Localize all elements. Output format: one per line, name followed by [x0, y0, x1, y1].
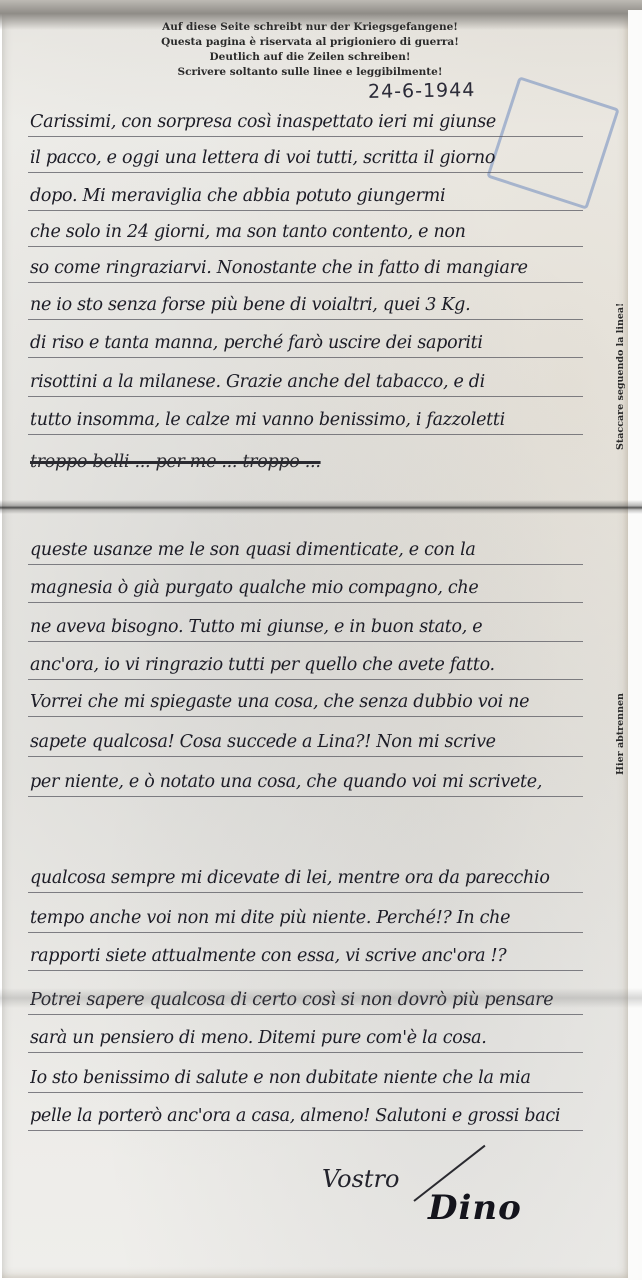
margin-note-abtrennen: Hier abtrennen [615, 693, 626, 775]
handwritten-line: magnesia ò già purgato qualche mio compa… [30, 578, 595, 598]
signature: Dino [428, 1188, 522, 1228]
header-line-german-2: Deutlich auf die Zeilen schreiben! [130, 50, 490, 65]
handwritten-line: di riso e tanta manna, perché farò uscir… [30, 333, 595, 353]
page-margin [628, 10, 642, 1280]
ruled-line [28, 246, 583, 247]
handwritten-line: Vorrei che mi spiegaste una cosa, che se… [30, 692, 595, 712]
handwritten-line: che solo in 24 giorni, ma son tanto cont… [30, 222, 595, 242]
ruled-line [28, 564, 583, 565]
handwritten-line: qualcosa sempre mi dicevate di lei, ment… [30, 868, 595, 888]
ruled-line [28, 434, 583, 435]
handwritten-line: per niente, e ò notato una cosa, che qua… [30, 772, 595, 792]
ruled-line [28, 641, 583, 642]
handwritten-line: sarà un pensiero di meno. Ditemi pure co… [30, 1028, 595, 1048]
ruled-line [28, 1052, 583, 1053]
paper-fold-lower [0, 988, 642, 1008]
ruled-line [28, 396, 583, 397]
handwritten-line: so come ringraziarvi. Nonostante che in … [30, 258, 595, 278]
ruled-line [28, 210, 583, 211]
handwritten-line: Carissimi, con sorpresa così inaspettato… [30, 112, 595, 132]
paper-fold-upper [0, 500, 642, 514]
ruled-line [28, 796, 583, 797]
ruled-line [28, 1014, 583, 1015]
handwritten-line: tempo anche voi non mi dite più niente. … [30, 908, 595, 928]
handwritten-line: il pacco, e oggi una lettera di voi tutt… [30, 148, 595, 168]
ruled-line [28, 319, 583, 320]
printed-header: Auf diese Seite schreibt nur der Kriegsg… [130, 20, 490, 80]
ruled-line [28, 357, 583, 358]
header-line-german-1: Auf diese Seite schreibt nur der Kriegsg… [130, 20, 490, 35]
ruled-line [28, 282, 583, 283]
ruled-line [28, 932, 583, 933]
handwritten-line: ne aveva bisogno. Tutto mi giunse, e in … [30, 617, 595, 637]
handwritten-line: dopo. Mi meraviglia che abbia potuto giu… [30, 186, 595, 206]
ruled-line [28, 679, 583, 680]
closing-word: Vostro [322, 1165, 399, 1193]
ruled-line [28, 136, 583, 137]
handwritten-line: queste usanze me le son quasi dimenticat… [30, 540, 595, 560]
header-line-italian-2: Scrivere soltanto sulle linee e leggibil… [130, 65, 490, 80]
ruled-line [28, 756, 583, 757]
margin-note-staccare: Staccare seguendo la linea! [615, 303, 626, 450]
ruled-line [28, 172, 583, 173]
letter-date: 24-6-1944 [368, 79, 476, 103]
header-line-italian-1: Questa pagina è riservata al prigioniero… [130, 35, 490, 50]
handwritten-line: sapete qualcosa! Cosa succede a Lina?! N… [30, 732, 595, 752]
handwritten-line: pelle la porterò anc'ora a casa, almeno!… [30, 1106, 595, 1126]
handwritten-line: tutto insomma, le calze mi vanno benissi… [30, 410, 595, 430]
ruled-line [28, 1092, 583, 1093]
handwritten-line: risottini a la milanese. Grazie anche de… [30, 372, 595, 392]
ruled-line [28, 1130, 583, 1131]
ruled-line [28, 970, 583, 971]
handwritten-line: anc'ora, io vi ringrazio tutti per quell… [30, 655, 595, 675]
handwritten-line: Io sto benissimo di salute e non dubitat… [30, 1068, 595, 1088]
handwritten-line: ne io sto senza forse più bene di voialt… [30, 295, 595, 315]
ruled-line [28, 716, 583, 717]
handwritten-line: troppo belli ... per me ... troppo ... [30, 452, 595, 472]
ruled-line [28, 892, 583, 893]
ruled-line [28, 602, 583, 603]
handwritten-line: rapporti siete attualmente con essa, vi … [30, 946, 595, 966]
